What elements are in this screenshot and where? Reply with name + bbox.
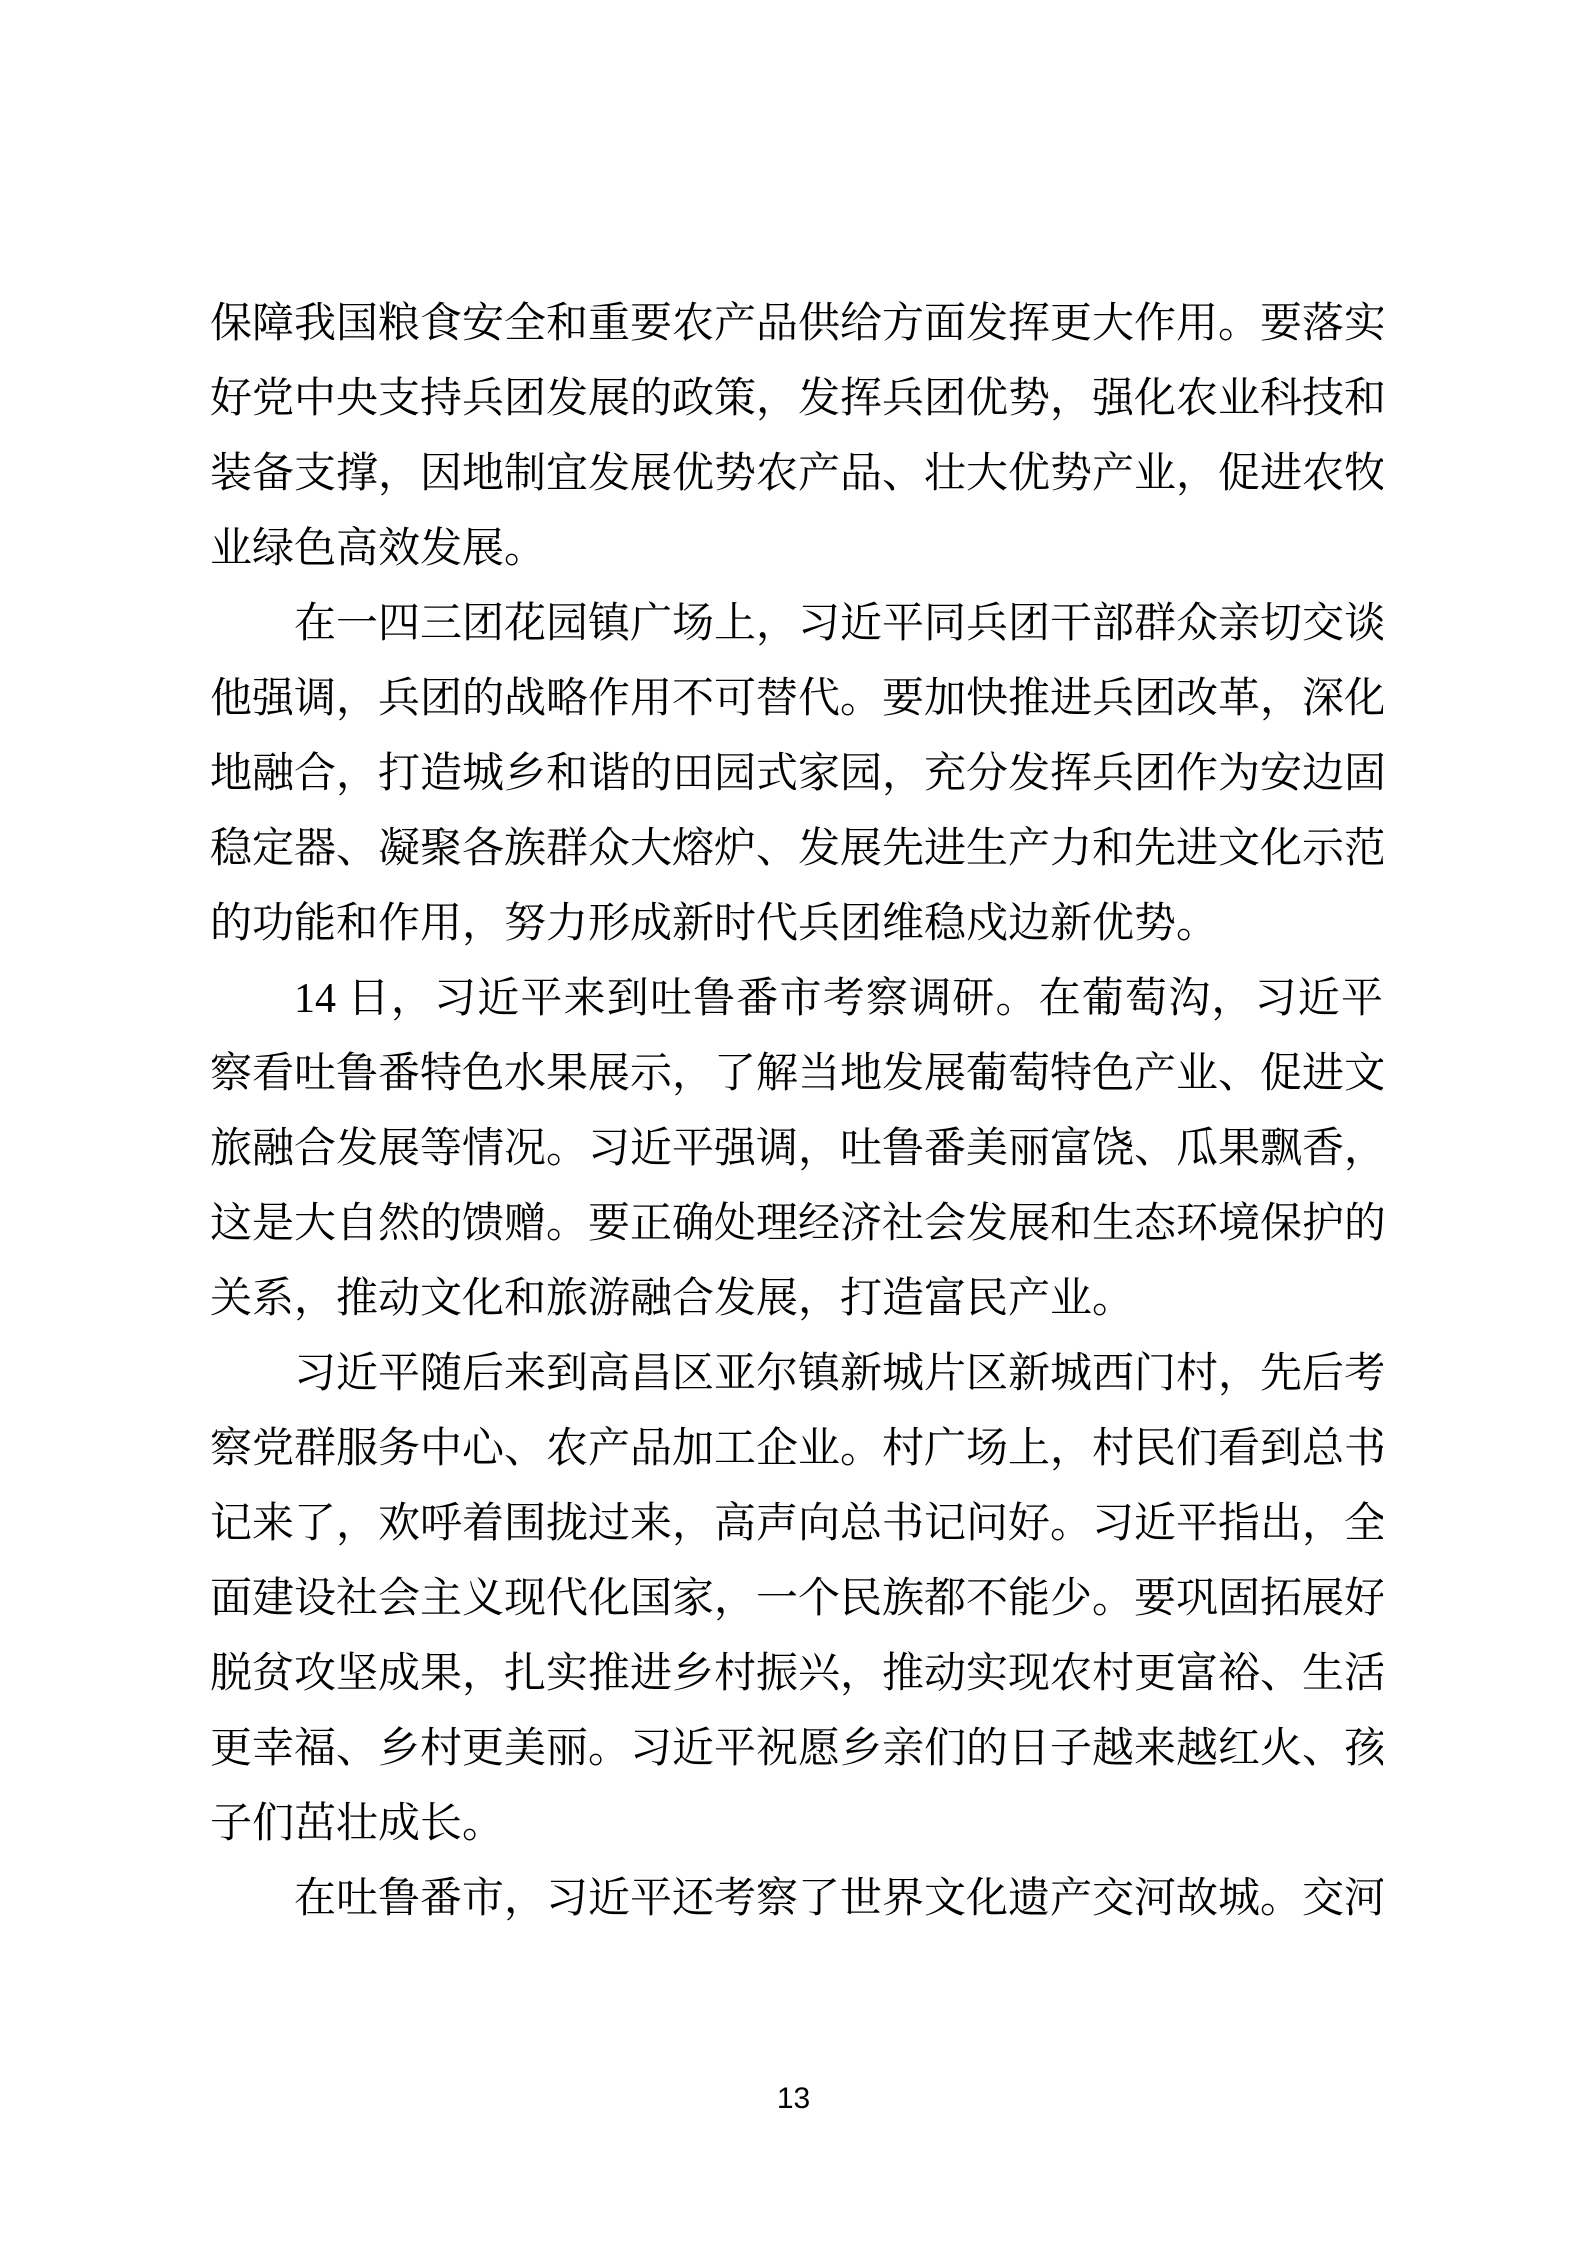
text-line: 14 日，习近平来到吐鲁番市考察调研。在葡萄沟，习近平: [210, 962, 1383, 1037]
text-line: 旅融合发展等情况。习近平强调，吐鲁番美丽富饶、瓜果飘香，: [210, 1112, 1383, 1187]
text-line: 记来了，欢呼着围拢过来，高声向总书记问好。习近平指出，全: [210, 1487, 1383, 1562]
text-line: 在一四三团花园镇广场上，习近平同兵团干部群众亲切交谈。: [210, 587, 1383, 662]
paragraph: 在一四三团花园镇广场上，习近平同兵团干部群众亲切交谈。 他强调，兵团的战略作用不…: [210, 587, 1383, 962]
text-line: 业绿色高效发展。: [210, 512, 1383, 587]
text-line: 习近平随后来到高昌区亚尔镇新城片区新城西门村，先后考: [210, 1337, 1383, 1412]
text-line: 稳定器、凝聚各族群众大熔炉、发展先进生产力和先进文化示范区: [210, 812, 1383, 887]
text-line: 关系，推动文化和旅游融合发展，打造富民产业。: [210, 1262, 1383, 1337]
text-line: 地融合，打造城乡和谐的田园式家园，充分发挥兵团作为安边固疆: [210, 737, 1383, 812]
page-number: 13: [0, 2082, 1587, 2116]
document-page: 保障我国粮食安全和重要农产品供给方面发挥更大作用。要落实 好党中央支持兵团发展的…: [0, 0, 1587, 2245]
text-line: 脱贫攻坚成果，扎实推进乡村振兴，推动实现农村更富裕、生活: [210, 1637, 1383, 1712]
paragraph: 在吐鲁番市，习近平还考察了世界文化遗产交河故城。交河: [210, 1862, 1383, 1937]
body-text: 保障我国粮食安全和重要农产品供给方面发挥更大作用。要落实 好党中央支持兵团发展的…: [210, 287, 1383, 1937]
text-line: 的功能和作用，努力形成新时代兵团维稳戍边新优势。: [210, 887, 1383, 962]
paragraph: 习近平随后来到高昌区亚尔镇新城片区新城西门村，先后考 察党群服务中心、农产品加工…: [210, 1337, 1383, 1862]
text-line: 察党群服务中心、农产品加工企业。村广场上，村民们看到总书: [210, 1412, 1383, 1487]
text-line: 保障我国粮食安全和重要农产品供给方面发挥更大作用。要落实: [210, 287, 1383, 362]
text-line: 在吐鲁番市，习近平还考察了世界文化遗产交河故城。交河: [210, 1862, 1383, 1937]
text-line: 察看吐鲁番特色水果展示，了解当地发展葡萄特色产业、促进文: [210, 1037, 1383, 1112]
text-line: 面建设社会主义现代化国家，一个民族都不能少。要巩固拓展好: [210, 1562, 1383, 1637]
paragraph: 保障我国粮食安全和重要农产品供给方面发挥更大作用。要落实 好党中央支持兵团发展的…: [210, 287, 1383, 587]
text-line: 子们茁壮成长。: [210, 1787, 1383, 1862]
text-line: 这是大自然的馈赠。要正确处理经济社会发展和生态环境保护的: [210, 1187, 1383, 1262]
text-line: 好党中央支持兵团发展的政策，发挥兵团优势，强化农业科技和: [210, 362, 1383, 437]
paragraph: 14 日，习近平来到吐鲁番市考察调研。在葡萄沟，习近平 察看吐鲁番特色水果展示，…: [210, 962, 1383, 1337]
text-line: 更幸福、乡村更美丽。习近平祝愿乡亲们的日子越来越红火、孩: [210, 1712, 1383, 1787]
text-line: 他强调，兵团的战略作用不可替代。要加快推进兵团改革，深化兵: [210, 662, 1383, 737]
text-line: 装备支撑，因地制宜发展优势农产品、壮大优势产业，促进农牧: [210, 437, 1383, 512]
